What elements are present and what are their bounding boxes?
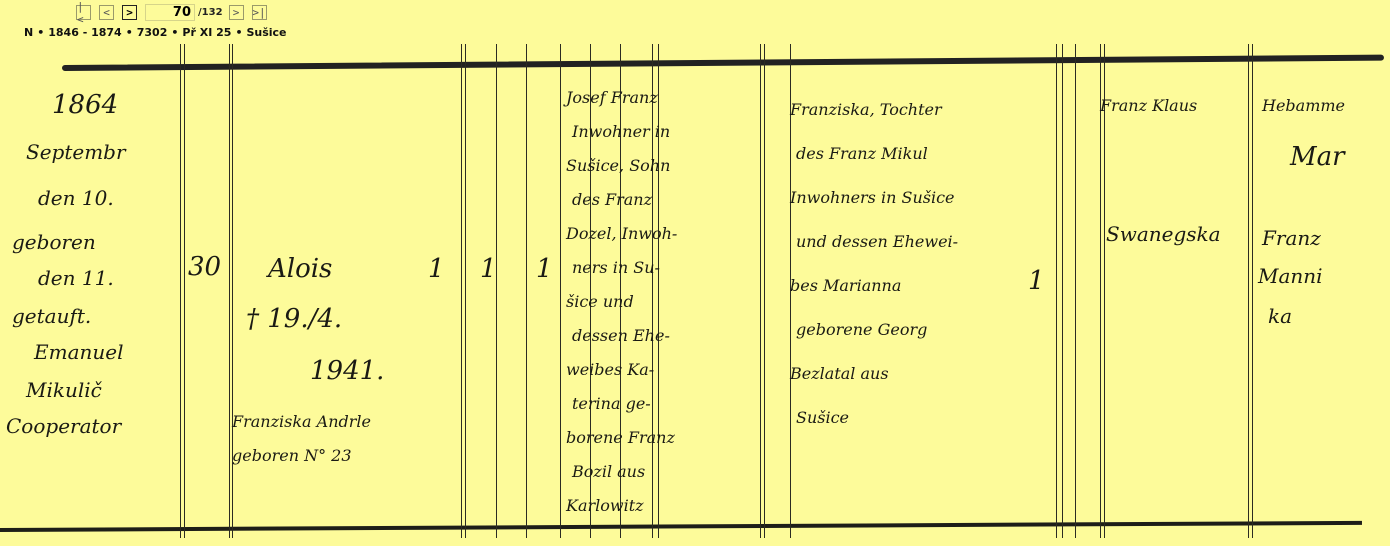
breadcrumb-separator: • <box>171 26 178 39</box>
go-button[interactable]: > <box>122 5 137 20</box>
hw-line: dessen Ehe- <box>572 328 670 344</box>
hw-line: borene Franz <box>566 430 675 446</box>
breadcrumb-book-id: 7302 <box>137 26 168 39</box>
hw-line: Bozil aus <box>572 464 645 480</box>
hw-line: Josef Franz <box>566 90 658 106</box>
hw-text: Emanuel <box>34 342 123 362</box>
hw-line: Sušice <box>796 410 849 426</box>
hw-year: 1864 <box>52 92 118 118</box>
hw-line: geborene Georg <box>796 322 927 338</box>
register-scan[interactable]: 1864 Septembr den 10. geboren den 11. ge… <box>0 44 1390 546</box>
ruled-line <box>0 521 1362 532</box>
hw-text: Franziska Andrle <box>232 414 371 430</box>
column-rule <box>658 44 659 538</box>
breadcrumb-separator: • <box>235 26 242 39</box>
column-rule <box>652 44 653 538</box>
column-rule <box>1075 44 1076 538</box>
hw-house-number: 30 <box>188 254 221 280</box>
hw-text: Cooperator <box>6 416 121 436</box>
column-rule <box>1104 44 1105 538</box>
hw-line: Franziska, Tochter <box>790 102 942 118</box>
hw-line: terina ge- <box>572 396 651 412</box>
hw-text: 1941. <box>310 358 384 384</box>
first-page-icon: |< <box>77 0 90 26</box>
column-rule <box>180 44 181 538</box>
column-rule <box>1252 44 1253 538</box>
hw-text: Septembr <box>26 142 126 162</box>
hw-line: und dessen Ehewei- <box>796 234 958 250</box>
next-page-button[interactable]: > <box>229 5 244 20</box>
breadcrumb-signature: Př XI 25 <box>182 26 231 39</box>
hw-text: Franz <box>1262 228 1321 248</box>
column-rule <box>764 44 765 538</box>
breadcrumb: N•1846 - 1874•7302•Př XI 25•Sušice <box>24 26 287 39</box>
hw-name: Alois <box>268 256 332 282</box>
column-rule <box>526 44 527 538</box>
hw-text: Mar <box>1290 144 1345 170</box>
go-icon: > <box>126 6 133 19</box>
hw-mark: 1 <box>1028 268 1045 294</box>
hw-godparent: Franz Klaus <box>1100 98 1197 114</box>
hw-godparent: Swanegska <box>1106 224 1221 244</box>
hw-line: weibes Ka- <box>566 362 654 378</box>
hw-line: Inwohners in Sušice <box>790 190 955 206</box>
column-rule <box>465 44 466 538</box>
hw-line: des Franz <box>572 192 652 208</box>
last-page-button[interactable]: >| <box>252 5 267 20</box>
breadcrumb-separator: • <box>37 26 44 39</box>
hw-line: des Franz Mikul <box>796 146 928 162</box>
hw-mark: 1 <box>536 256 553 282</box>
hw-text: ka <box>1268 306 1292 326</box>
hw-text: den 10. <box>38 188 114 208</box>
column-rule <box>560 44 561 538</box>
first-page-button[interactable]: |< <box>76 5 91 20</box>
hw-line: ners in Su- <box>572 260 660 276</box>
column-rule <box>184 44 185 538</box>
previous-page-icon: < <box>103 6 110 19</box>
hw-line: Karlowitz <box>566 498 644 514</box>
hw-text: Mikulič <box>26 380 102 400</box>
hw-line: Sušice, Sohn <box>566 158 670 174</box>
column-rule <box>1100 44 1101 538</box>
column-rule <box>1056 44 1057 538</box>
column-rule <box>496 44 497 538</box>
hw-text: geboren <box>12 232 96 252</box>
page-number-input[interactable] <box>145 4 195 21</box>
column-rule <box>1248 44 1249 538</box>
hw-line: Inwohner in <box>572 124 670 140</box>
hw-text: den 11. <box>38 268 114 288</box>
column-rule <box>1062 44 1063 538</box>
last-page-icon: >| <box>252 6 265 19</box>
hw-text: † 19./4. <box>246 306 342 332</box>
breadcrumb-years: 1846 - 1874 <box>48 26 121 39</box>
hw-text: getauft. <box>12 306 91 326</box>
next-page-icon: > <box>233 6 240 19</box>
hw-line: Bezlatal aus <box>790 366 889 382</box>
hw-mark: 1 <box>480 256 497 282</box>
hw-text: Hebamme <box>1262 98 1345 114</box>
ruled-line <box>62 55 1384 71</box>
column-rule <box>461 44 462 538</box>
hw-line: šice und <box>566 294 634 310</box>
column-rule <box>760 44 761 538</box>
column-rule <box>229 44 230 538</box>
hw-mark: 1 <box>428 256 445 282</box>
hw-line: bes Marianna <box>790 278 901 294</box>
page-total: /132 <box>198 7 223 18</box>
hw-text: geboren N° 23 <box>232 448 352 464</box>
breadcrumb-record-type: N <box>24 26 33 39</box>
hw-line: Dozel, Inwoh- <box>566 226 677 242</box>
breadcrumb-parish: Sušice <box>246 26 286 39</box>
hw-text: Manni <box>1258 266 1323 286</box>
breadcrumb-separator: • <box>126 26 133 39</box>
page-navigation: |< < > /132 > >| <box>76 3 275 22</box>
previous-page-button[interactable]: < <box>99 5 114 20</box>
